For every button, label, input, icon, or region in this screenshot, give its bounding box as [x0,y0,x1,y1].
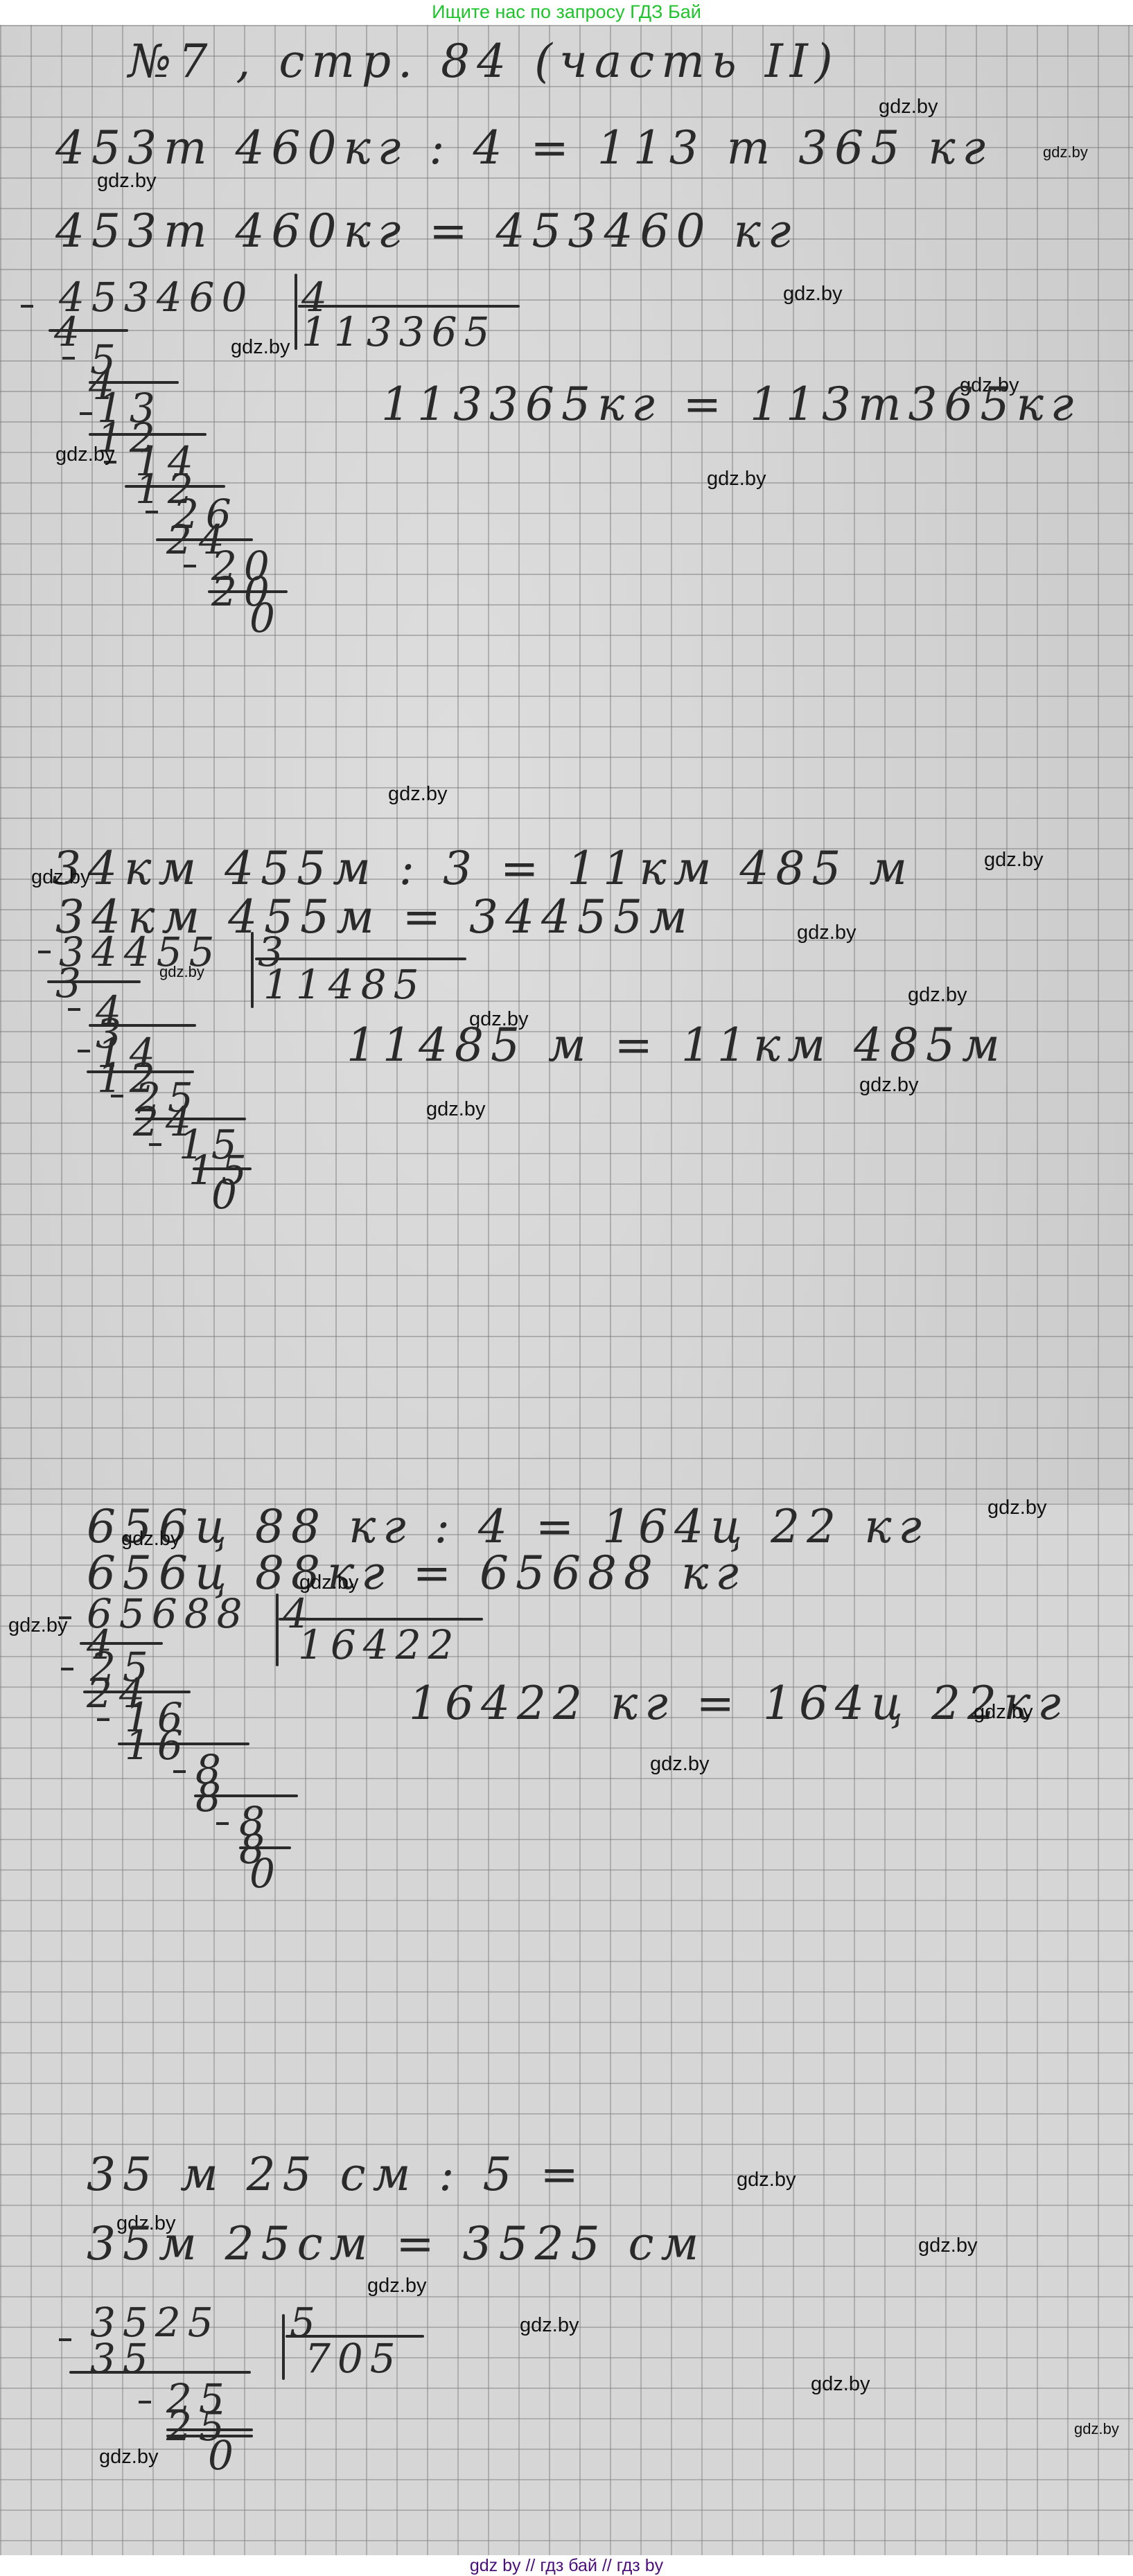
watermark: gdz.by [55,443,114,466]
watermark: gdz.by [367,2275,426,2297]
problem-3-result: 16422 кг = 164ц 22кг [409,1677,1068,1730]
quotient: 113365 [301,308,496,355]
bottom-banner-text: gdz by // гдз бай // гдз by [470,2556,663,2575]
watermark: gdz.by [737,2169,796,2191]
division-step: 4 [54,308,87,355]
watermark: gdz.by [231,336,290,359]
problem-1-equation: 453т 460кг : 4 = 113 т 365 кг [55,121,992,175]
problem-3-equation: 656ц 88 кг : 4 = 164ц 22 кг [87,1500,929,1553]
bottom-banner: gdz by // гдз бай // гдз by [0,2555,1133,2576]
quotient: 16422 [298,1621,461,1668]
watermark: gdz.by [908,984,967,1007]
division-step: 0 [211,1171,244,1218]
problem-4-conversion: 35м 25см = 3525 см [87,2217,705,2270]
watermark: gdz.by [859,1074,918,1097]
division-step: 8 [195,1774,228,1821]
division-step: 35 [90,2335,155,2382]
watermark: gdz.by [783,283,842,306]
watermark: gdz.by [97,170,156,193]
watermark: gdz.by [1074,2420,1119,2438]
top-banner-text: Ищите нас по запросу ГДЗ Бай [432,1,701,22]
division-step: 0 [249,594,282,642]
problem-2-equation: 34км 455м : 3 = 11км 485 м [52,842,914,895]
quotient: 705 [305,2335,403,2382]
division-step: 16 [125,1722,190,1769]
problem-1-conversion: 453т 460кг = 453460 кг [55,204,798,258]
watermark: gdz.by [984,849,1043,872]
watermark: gdz.by [797,921,856,944]
division-step: 3 [55,960,88,1007]
watermark: gdz.by [31,866,90,889]
watermark: gdz.by [918,2234,977,2257]
division-step: 0 [208,2432,240,2479]
watermark: gdz.by [159,963,204,981]
watermark: gdz.by [388,783,447,806]
watermark: gdz.by [426,1098,485,1121]
quotient: 11485 [263,961,426,1008]
watermark: gdz.by [99,2446,158,2469]
watermark: gdz.by [1043,143,1088,161]
problem-4-equation: 35 м 25 см : 5 = [87,2148,586,2201]
watermark: gdz.by [8,1614,67,1637]
problem-2-result: 11485 м = 11км 485м [346,1018,1007,1072]
top-banner: Ищите нас по запросу ГДЗ Бай [0,0,1133,25]
problem-1-result: 113365кг = 113т365кг [381,378,1080,431]
exercise-title: №7 , стр. 84 (часть II) [128,35,840,88]
watermark: gdz.by [811,2373,870,2396]
watermark: gdz.by [879,96,938,118]
watermark: gdz.by [987,1497,1046,1519]
watermark: gdz.by [974,1701,1033,1724]
division-step: 0 [249,1850,282,1897]
watermark: gdz.by [707,468,766,491]
dividend: 453460 [59,274,254,321]
watermark: gdz.by [520,2314,579,2337]
watermark: gdz.by [650,1753,709,1776]
